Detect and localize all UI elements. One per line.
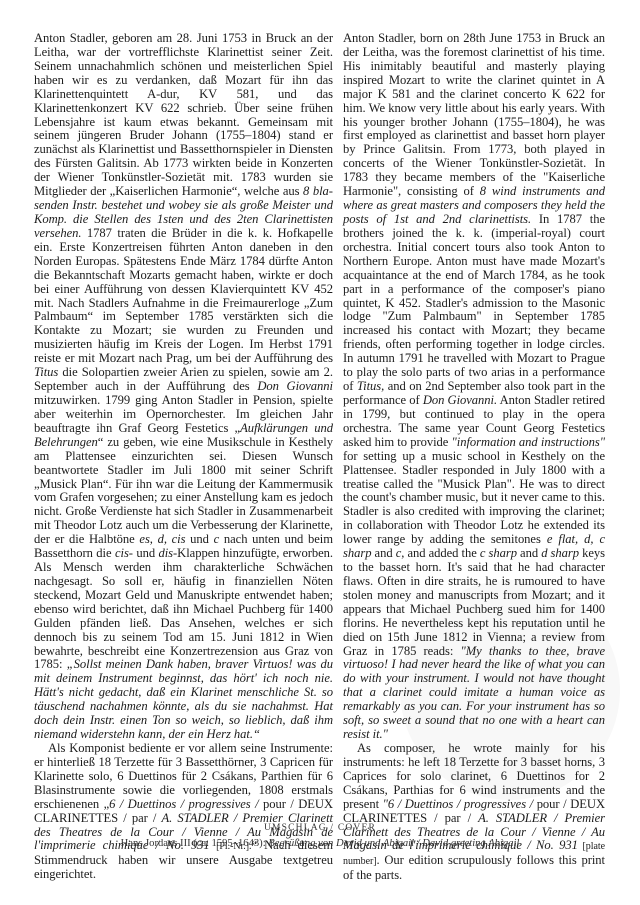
english-column: Anton Stadler, born on 28th June 1753 in… [343, 32, 605, 883]
document-page: Anton Stadler, geboren am 28. Juni 1753 … [0, 0, 640, 905]
german-paragraph-2: Als Komponist bediente er vor allem sein… [34, 742, 333, 882]
cover-title: Begrüßung von David und Abigail / David … [268, 838, 519, 849]
cover-credit: Hans Jordans III (ca. 1595–1643): Begrüß… [0, 838, 640, 849]
german-paragraph-1: Anton Stadler, geboren am 28. Juni 1753 … [34, 32, 333, 742]
english-paragraph-1: Anton Stadler, born on 28th June 1753 in… [343, 32, 605, 742]
cover-label: UMSCHLAG / COVER [0, 823, 640, 833]
english-paragraph-2: As composer, he wrote mainly for his ins… [343, 742, 605, 883]
german-column: Anton Stadler, geboren am 28. Juni 1753 … [34, 32, 333, 882]
